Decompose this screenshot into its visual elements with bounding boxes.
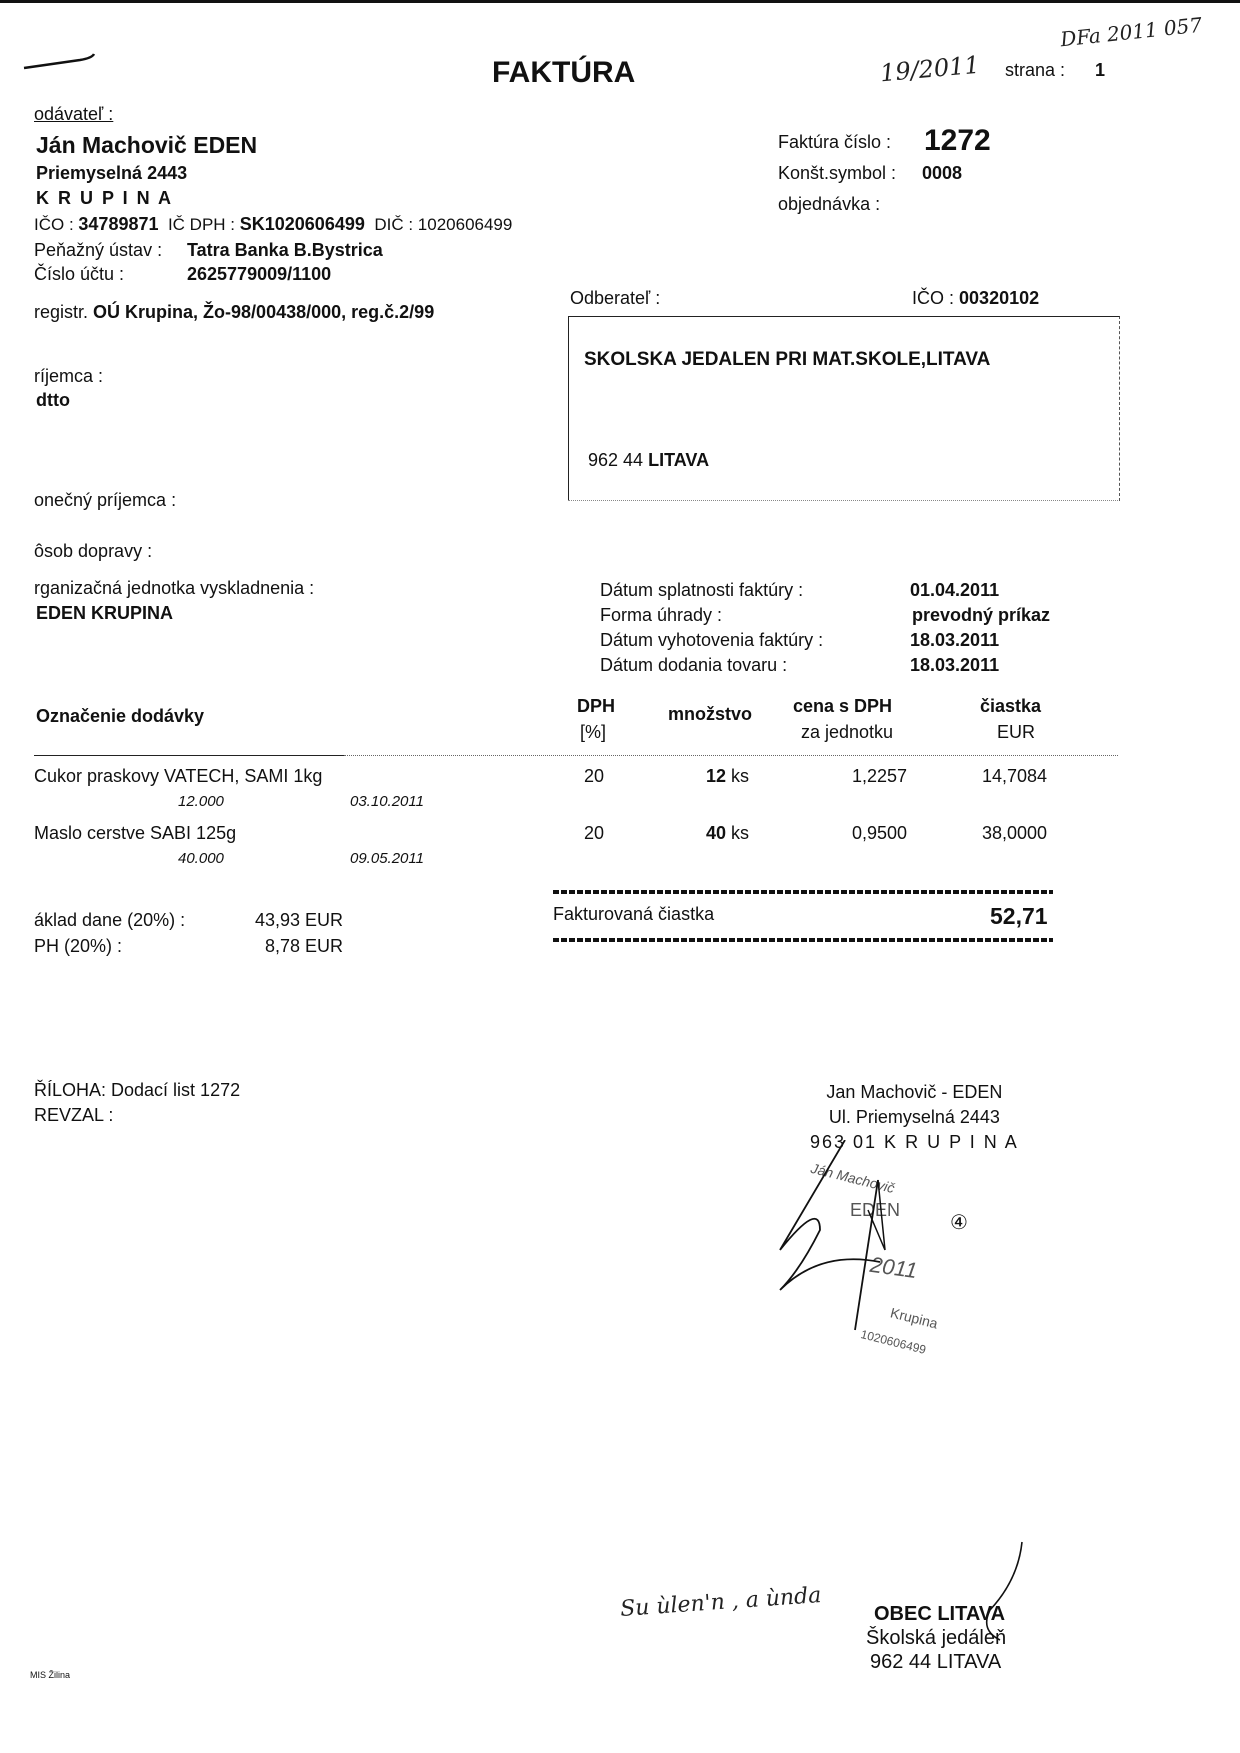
col-item-header: Označenie dodávky bbox=[36, 706, 204, 727]
handwritten-note: Su ùlen'n , a ùnda bbox=[619, 1583, 822, 1622]
item-vat: 20 bbox=[584, 823, 604, 844]
received-line: REVZAL : bbox=[34, 1105, 113, 1126]
transport-label: ôsob dopravy : bbox=[34, 541, 152, 562]
account-value: 2625779009/1100 bbox=[187, 264, 331, 285]
dates-labels: Dátum splatnosti faktúry : Forma úhrady … bbox=[600, 578, 823, 678]
delivery-date-value: 18.03.2011 bbox=[910, 653, 1050, 678]
col-price-sub: za jednotku bbox=[801, 722, 893, 743]
qty-value: 12 bbox=[706, 766, 726, 786]
item-qty: 40 ks bbox=[706, 823, 749, 844]
issue-date-value: 18.03.2011 bbox=[910, 628, 1050, 653]
payment-form-value: prevodný príkaz bbox=[912, 603, 1050, 628]
customer-label: Odberateľ : bbox=[570, 288, 660, 309]
customer-stamp-line-3: 962 44 LITAVA bbox=[870, 1650, 1006, 1674]
bank-label: Peňažný ústav : bbox=[34, 240, 162, 261]
dates-values: 01.04.2011 prevodný príkaz 18.03.2011 18… bbox=[910, 578, 1050, 678]
item-qty: 12 ks bbox=[706, 766, 749, 787]
registry-label: registr. bbox=[34, 302, 88, 322]
item-price: 0,9500 bbox=[852, 823, 907, 844]
supplier-city: K R U P I N A bbox=[36, 188, 173, 209]
attachment-line: ŘÍLOHA: Dodací list 1272 bbox=[34, 1080, 240, 1101]
item-name: Maslo cerstve SABI 125g bbox=[34, 823, 236, 844]
supplier-name: Ján Machovič EDEN bbox=[36, 132, 257, 159]
item-sub-qty: 12.000 bbox=[178, 793, 224, 810]
order-label: objednávka : bbox=[778, 194, 880, 215]
col-amount-header: čiastka bbox=[980, 696, 1041, 717]
customer-city: LITAVA bbox=[648, 450, 709, 470]
invoice-number-label: Faktúra číslo : bbox=[778, 132, 891, 153]
const-symbol-value: 0008 bbox=[922, 163, 962, 184]
customer-stamp-line-1: OBEC LITAVA bbox=[874, 1602, 1006, 1626]
customer-ico: IČO : 00320102 bbox=[912, 288, 1039, 309]
customer-ico-value: 00320102 bbox=[959, 288, 1039, 308]
handwritten-ref: 19/2011 bbox=[879, 51, 981, 88]
vat-value: 8,78 EUR bbox=[265, 936, 343, 957]
vat-label: PH (20%) : bbox=[34, 936, 122, 957]
stamp-line-1: Jan Machovič - EDEN bbox=[810, 1080, 1019, 1105]
signature-scribble bbox=[760, 1140, 940, 1340]
total-label: Fakturovaná čiastka bbox=[553, 904, 714, 925]
customer-ico-label: IČO : bbox=[912, 288, 954, 308]
ico-value: 34789871 bbox=[78, 214, 158, 234]
col-vat-header: DPH bbox=[577, 696, 615, 717]
circled-number: ④ bbox=[950, 1210, 968, 1235]
dic-label: DIČ : bbox=[374, 215, 413, 234]
supplier-ids: IČO : 34789871 IČ DPH : SK1020606499 DIČ… bbox=[34, 214, 512, 235]
ico-label: IČO : bbox=[34, 215, 74, 234]
qty-unit: ks bbox=[731, 766, 749, 786]
total-value: 52,71 bbox=[990, 903, 1048, 930]
delivery-date-label: Dátum dodania tovaru : bbox=[600, 653, 823, 678]
recipient-label: ríjemca : bbox=[34, 366, 103, 387]
icdph-label: IČ DPH : bbox=[168, 215, 235, 234]
header-rule-dotted bbox=[344, 755, 1118, 756]
bank-value: Tatra Banka B.Bystrica bbox=[187, 240, 383, 261]
customer-zip: 962 44 bbox=[588, 450, 643, 470]
printer-credit: MIS Žilina bbox=[30, 1670, 70, 1680]
item-price: 1,2257 bbox=[852, 766, 907, 787]
header-rule-solid bbox=[34, 755, 344, 756]
customer-stamp: OBEC LITAVA Školská jedáleň 962 44 LITAV… bbox=[866, 1602, 1006, 1674]
issue-date-label: Dátum vyhotovenia faktúry : bbox=[600, 628, 823, 653]
total-rule-top bbox=[553, 890, 1053, 894]
due-date-value: 01.04.2011 bbox=[910, 578, 1050, 603]
item-amount: 38,0000 bbox=[982, 823, 1047, 844]
total-rule-bottom bbox=[553, 938, 1053, 942]
document-title: FAKTÚRA bbox=[492, 56, 635, 90]
supplier-street: Priemyselná 2443 bbox=[36, 163, 187, 184]
dic-value: 1020606499 bbox=[418, 215, 513, 234]
org-unit-value: EDEN KRUPINA bbox=[36, 603, 173, 624]
final-recipient-label: onečný príjemca : bbox=[34, 490, 176, 511]
handwritten-code: DFa 2011 057 bbox=[1059, 13, 1203, 52]
qty-value: 40 bbox=[706, 823, 726, 843]
qty-unit: ks bbox=[731, 823, 749, 843]
customer-box-bottom bbox=[568, 500, 1118, 501]
registry-line: registr. OÚ Krupina, Žo-98/00438/000, re… bbox=[34, 302, 434, 323]
item-sub-qty: 40.000 bbox=[178, 850, 224, 867]
item-amount: 14,7084 bbox=[982, 766, 1047, 787]
invoice-number: 1272 bbox=[924, 124, 991, 158]
item-sub-date: 03.10.2011 bbox=[350, 793, 424, 810]
customer-stamp-line-2: Školská jedáleň bbox=[866, 1626, 1006, 1650]
item-name: Cukor praskovy VATECH, SAMI 1kg bbox=[34, 766, 322, 787]
col-vat-unit: [%] bbox=[580, 722, 606, 743]
due-date-label: Dátum splatnosti faktúry : bbox=[600, 578, 823, 603]
customer-address-box bbox=[568, 316, 1120, 501]
supplier-label: odávateľ : bbox=[34, 104, 113, 125]
pen-stroke-mark bbox=[20, 50, 100, 74]
customer-name: SKOLSKA JEDALEN PRI MAT.SKOLE,LITAVA bbox=[584, 349, 990, 371]
account-label: Číslo účtu : bbox=[34, 264, 124, 285]
registry-value: OÚ Krupina, Žo-98/00438/000, reg.č.2/99 bbox=[93, 302, 434, 322]
const-symbol-label: Konšt.symbol : bbox=[778, 163, 896, 184]
item-vat: 20 bbox=[584, 766, 604, 787]
col-price-header: cena s DPH bbox=[793, 696, 892, 717]
page-number: 1 bbox=[1095, 60, 1105, 81]
scan-top-edge bbox=[0, 0, 1240, 3]
payment-form-label: Forma úhrady : bbox=[600, 603, 823, 628]
recipient-value: dtto bbox=[36, 390, 70, 411]
col-amount-sub: EUR bbox=[997, 722, 1035, 743]
customer-city-line: 962 44 LITAVA bbox=[588, 450, 709, 471]
page-label: strana : bbox=[1005, 60, 1065, 81]
icdph-value: SK1020606499 bbox=[240, 214, 365, 234]
org-unit-label: rganizačná jednotka vyskladnenia : bbox=[34, 578, 314, 599]
col-qty-header: množstvo bbox=[668, 704, 752, 725]
tax-base-label: áklad dane (20%) : bbox=[34, 910, 185, 931]
stamp-line-2: Ul. Priemyselná 2443 bbox=[810, 1105, 1019, 1130]
tax-base-value: 43,93 EUR bbox=[255, 910, 343, 931]
item-sub-date: 09.05.2011 bbox=[350, 850, 424, 867]
